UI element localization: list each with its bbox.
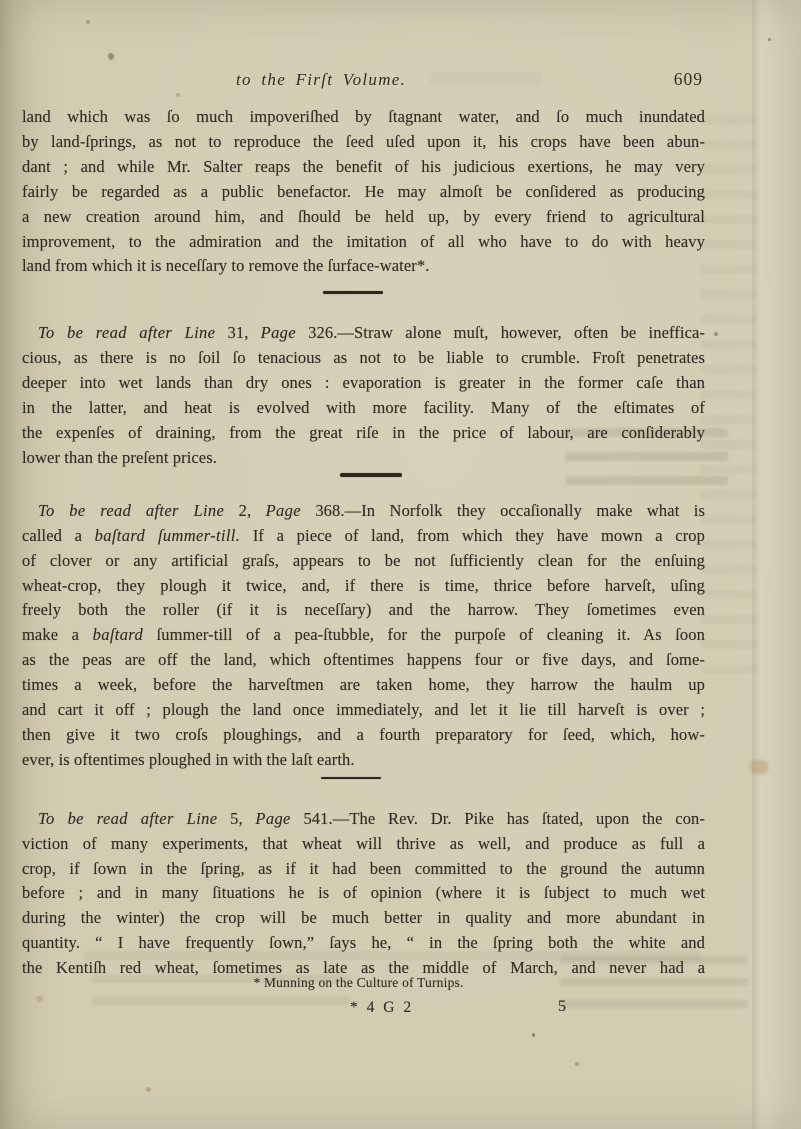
text-line: then give it two croſs ploughings, and a…	[22, 723, 705, 748]
body-text: during the winter) the crop will be much…	[22, 908, 705, 927]
body-text: 2,	[224, 501, 265, 520]
body-text: wheat-crop, they plough it twice, and, i…	[22, 576, 705, 595]
text-line: deeper into wet lands than dry ones : ev…	[22, 371, 705, 396]
text-line: lower than the preſent prices.	[22, 446, 705, 471]
italic-text: Page	[266, 501, 301, 520]
foxing-spot	[750, 760, 768, 774]
text-line: To be read after Line 31, Page 326.—Stra…	[22, 321, 705, 346]
footnote: * Munning on the Culture of Turnips.	[22, 975, 705, 991]
divider-rule	[323, 291, 383, 294]
text-line: during the winter) the crop will be much…	[22, 906, 705, 931]
text-line: improvement, to the admiration and the i…	[22, 230, 705, 255]
body-text: dant ; and while Mr. Salter reaps the be…	[22, 157, 705, 176]
text-line: make a baſtard ſummer-till of a pea-ſtub…	[22, 623, 705, 648]
body-text: deeper into wet lands than dry ones : ev…	[22, 373, 705, 392]
body-text: make a	[22, 625, 93, 644]
italic-text: To be read after Line	[38, 323, 215, 342]
italic-text: baſtard ſummer-till.	[95, 526, 241, 545]
press-figure: 5	[558, 998, 566, 1016]
body-text: land which was ſo much impoveriſhed by ſ…	[22, 107, 705, 126]
body-text: If a piece of land, from which they have…	[240, 526, 705, 545]
text-line: of clover or any artificial graſs, appea…	[22, 549, 705, 574]
italic-text: Page	[255, 809, 290, 828]
text-line: freely both the roller (if it is neceſſa…	[22, 598, 705, 623]
body-text: 5,	[217, 809, 255, 828]
text-line: land from which it is neceſſary to remov…	[22, 254, 705, 279]
text-line: cious, as there is no ſoil ſo tenacious …	[22, 346, 705, 371]
body-text: of clover or any artificial graſs, appea…	[22, 551, 705, 570]
foxing-spot	[86, 20, 90, 24]
foxing-spot	[146, 1087, 151, 1092]
foxing-spot	[575, 1062, 579, 1066]
text-line: ever, is oftentimes ploughed in with the…	[22, 748, 705, 773]
body-text: land from which it is neceſſary to remov…	[22, 256, 429, 275]
signature-mark: * 4 G 2	[350, 999, 414, 1017]
body-text: by land-ſprings, as not to reproduce the…	[22, 132, 705, 151]
section-divider	[22, 291, 705, 321]
foxing-spot	[108, 53, 114, 60]
body-text: crop, if ſown in the ſpring, as if it ha…	[22, 859, 705, 878]
paragraph: To be read after Line 2, Page 368.—In No…	[22, 499, 705, 773]
text-line: wheat-crop, they plough it twice, and, i…	[22, 574, 705, 599]
text-line: fairly be regarded as a public benefacto…	[22, 180, 705, 205]
text-line: land which was ſo much impoveriſhed by ſ…	[22, 105, 705, 130]
text-line: in the latter, and heat is evolved with …	[22, 396, 705, 421]
foxing-spot	[768, 38, 771, 41]
divider-rule	[340, 473, 402, 478]
body-text: in the latter, and heat is evolved with …	[22, 398, 705, 417]
body-text: a new creation around him, and ſhould be…	[22, 207, 705, 226]
text-line: To be read after Line 2, Page 368.—In No…	[22, 499, 705, 524]
body-text: quantity. “ I have frequently ſown,” ſay…	[22, 933, 705, 952]
page-body: land which was ſo much impoveriſhed by ſ…	[22, 105, 705, 981]
text-line: viction of many experiments, that wheat …	[22, 832, 705, 857]
text-line: called a baſtard ſummer-till. If a piece…	[22, 524, 705, 549]
body-text: the expenſes of draining, from the great…	[22, 423, 705, 442]
body-text: then give it two croſs ploughings, and a…	[22, 725, 705, 744]
body-text: 541.—The Rev. Dr. Pike has ſtated, upon …	[291, 809, 705, 828]
text-line: as the peas are off the land, which ofte…	[22, 648, 705, 673]
text-line: a new creation around him, and ſhould be…	[22, 205, 705, 230]
section-divider	[22, 777, 705, 807]
foxing-spot	[532, 1033, 535, 1037]
page-edge	[752, 0, 801, 1129]
body-text: and cart it off ; plough the land once i…	[22, 700, 705, 719]
page-number: 609	[674, 69, 703, 90]
section-divider	[22, 473, 705, 499]
body-text: before ; and in many ſituations he is of…	[22, 883, 705, 902]
text-line: times a week, before the harveſtmen are …	[22, 673, 705, 698]
body-text: 368.—In Norfolk they occaſionally make w…	[301, 501, 705, 520]
body-text: times a week, before the harveſtmen are …	[22, 675, 705, 694]
italic-text: Page	[261, 323, 296, 342]
italic-text: To be read after Line	[38, 501, 224, 520]
body-text: 31,	[215, 323, 260, 342]
colophon-row: * 4 G 2 5	[22, 999, 705, 1021]
paragraph: To be read after Line 31, Page 326.—Stra…	[22, 321, 705, 470]
body-text: lower than the preſent prices.	[22, 448, 217, 467]
foxing-spot	[714, 332, 718, 336]
text-line: crop, if ſown in the ſpring, as if it ha…	[22, 857, 705, 882]
body-text: 326.—Straw alone muſt, however, often be…	[296, 323, 705, 342]
body-text: cious, as there is no ſoil ſo tenacious …	[22, 348, 705, 367]
body-text: freely both the roller (if it is neceſſa…	[22, 600, 705, 619]
body-text: called a	[22, 526, 95, 545]
text-line: before ; and in many ſituations he is of…	[22, 881, 705, 906]
italic-text: baſtard	[93, 625, 143, 644]
italic-text: To be read after Line	[38, 809, 217, 828]
paragraph: To be read after Line 5, Page 541.—The R…	[22, 807, 705, 981]
body-text: ſummer-till of a pea-ſtubble, for the pu…	[143, 625, 705, 644]
body-text: as the peas are off the land, which ofte…	[22, 650, 705, 669]
body-text: improvement, to the admiration and the i…	[22, 232, 705, 251]
text-line: To be read after Line 5, Page 541.—The R…	[22, 807, 705, 832]
show-through-ghost	[701, 115, 757, 675]
body-text: ever, is oftentimes ploughed in with the…	[22, 750, 355, 769]
page-header: to the Firſt Volume. 609	[22, 70, 705, 94]
text-line: quantity. “ I have frequently ſown,” ſay…	[22, 931, 705, 956]
paragraph: land which was ſo much impoveriſhed by ſ…	[22, 105, 705, 279]
text-line: and cart it off ; plough the land once i…	[22, 698, 705, 723]
book-page: to the Firſt Volume. 609 land which was …	[0, 0, 801, 1129]
running-title: to the Firſt Volume.	[236, 70, 406, 90]
text-line: dant ; and while Mr. Salter reaps the be…	[22, 155, 705, 180]
body-text: fairly be regarded as a public benefacto…	[22, 182, 705, 201]
body-text: viction of many experiments, that wheat …	[22, 834, 705, 853]
divider-rule	[321, 777, 381, 780]
text-line: the expenſes of draining, from the great…	[22, 421, 705, 446]
text-line: by land-ſprings, as not to reproduce the…	[22, 130, 705, 155]
